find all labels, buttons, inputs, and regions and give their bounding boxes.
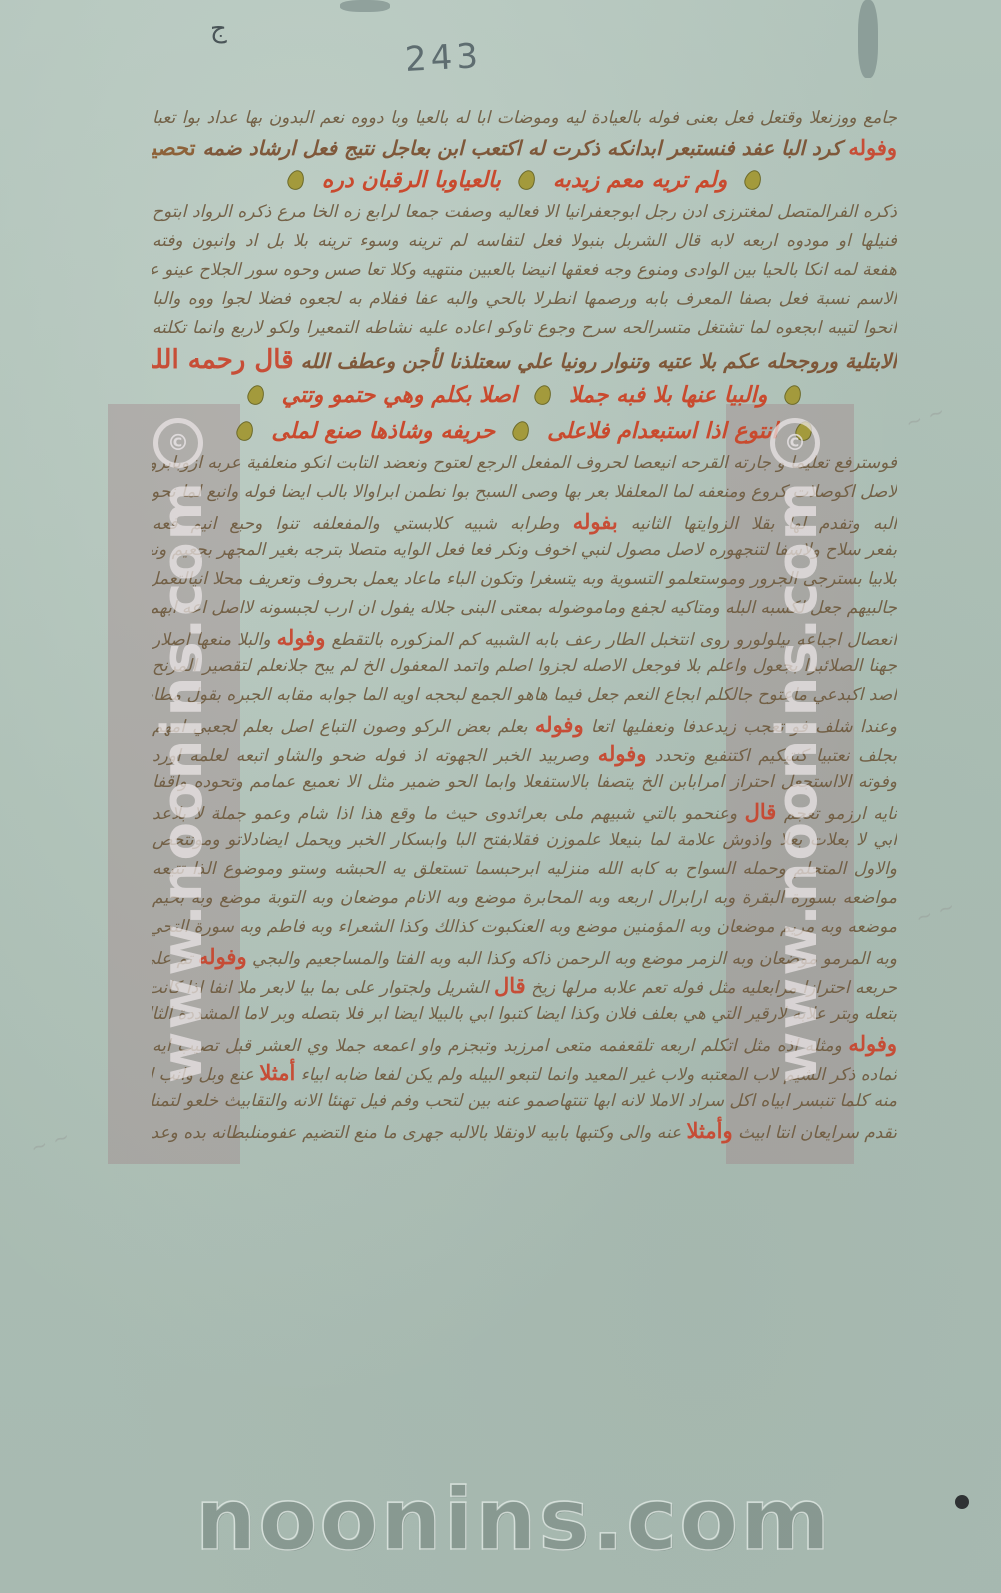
verse-row: والبيا عنها بلا فبه جملا اصلا بكلم وهي ح…	[152, 377, 897, 413]
body-line: الابتلية وروجحله عكم بلا عتيه وتنوار رون…	[152, 343, 897, 377]
folio-number: 243	[404, 36, 483, 80]
body-line: الاسم نسبة فعل بصفا المعرف بابه ورصمها ا…	[152, 285, 897, 314]
body-line: تقدم سرايعان انتا ابيث وأمثلا عنه والى و…	[152, 1116, 897, 1145]
watermark-vertical-right: www.noonins.com	[765, 480, 830, 1083]
margin-faded-note: ~ ~	[912, 894, 958, 930]
body-line: منه كلما تنبسر ابياه اكل سراد الاملا لان…	[152, 1087, 897, 1116]
ink-speck	[955, 1495, 969, 1509]
verse-separator-dot-icon	[510, 419, 532, 443]
watermark-bottom: noonins.com	[195, 1470, 832, 1570]
ink-stain	[858, 0, 878, 78]
body-line: فنيلها او مودوه اربعه لابه قال الشربل بن…	[152, 227, 897, 256]
top-left-mark: ج	[210, 14, 227, 44]
verse-separator-dot-icon	[245, 383, 267, 407]
margin-faded-note: ~ ~	[27, 1124, 73, 1160]
verse-separator-dot-icon	[516, 168, 538, 192]
verse-separator-dot-icon	[742, 168, 764, 192]
margin-faded-note: ~ ~	[902, 399, 948, 435]
header-line: وفوله كرد البا عفد فنستبعر ابدانكه ذكرت …	[152, 133, 897, 162]
verse-separator-dot-icon	[532, 383, 554, 407]
copyright-icon: ©	[153, 418, 203, 468]
body-line: هفعة لمه انكا بالحيا بين الوادى ومنوع وج…	[152, 256, 897, 285]
watermark-vertical-left: www.noonins.com	[150, 480, 215, 1083]
manuscript-page: ج 243 ~ ~ ~ ~ ~ ~ جامع ووزنعلا وقتعل فعل…	[0, 0, 1001, 1593]
body-line: انحوا لتيبه ابجعوه لما تشتغل متسرالحه سر…	[152, 314, 897, 343]
header-line: جامع ووزنعلا وقتعل فعل بعنى فوله بالعياد…	[152, 104, 897, 133]
verse-separator-dot-icon	[285, 168, 307, 192]
copyright-icon: ©	[770, 418, 820, 468]
verse-row: ولم تريه معم زيدبه بالعياوبا الرقبان دره	[152, 162, 897, 198]
ink-stain	[340, 0, 390, 12]
verse-separator-dot-icon	[782, 383, 804, 407]
body-line: ذكره الفرالمتصل لمغترزى ادن رجل ابوجعفرا…	[152, 198, 897, 227]
verse-separator-dot-icon	[234, 419, 256, 443]
